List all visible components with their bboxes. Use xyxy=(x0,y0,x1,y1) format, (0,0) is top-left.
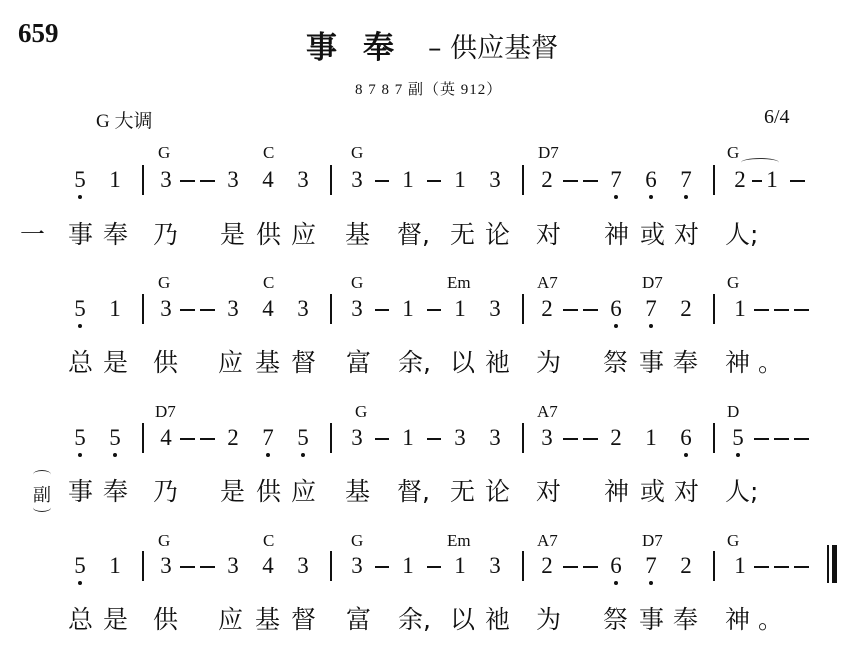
note: 4 xyxy=(262,554,274,577)
hold-dash xyxy=(583,438,598,440)
lyric: 为 xyxy=(536,350,561,375)
note: 5 xyxy=(74,168,86,191)
bar-line xyxy=(330,165,332,195)
chord: G xyxy=(727,274,739,291)
chord: D xyxy=(727,403,739,420)
hold-dash xyxy=(752,180,762,182)
note: 5 xyxy=(74,554,86,577)
note: 6 xyxy=(680,426,692,449)
note: 1 xyxy=(109,554,121,577)
note: 5 xyxy=(74,297,86,320)
chord: D7 xyxy=(642,532,663,549)
lyric: 奉 xyxy=(103,222,128,247)
lyric: 无 xyxy=(450,222,475,247)
refrain-bracket-top xyxy=(33,470,51,479)
lyric: 总 xyxy=(68,607,93,632)
note: 6 xyxy=(645,168,657,191)
low-octave-dot xyxy=(301,453,305,457)
note: 1 xyxy=(645,426,657,449)
chord: G xyxy=(351,144,363,161)
bar-line xyxy=(713,294,715,324)
bar-line xyxy=(330,423,332,453)
lyric: 富 xyxy=(346,350,371,375)
note: 1 xyxy=(402,554,414,577)
hold-dash xyxy=(180,180,195,182)
lyric: 事 xyxy=(68,479,93,504)
lyric: 应 xyxy=(218,607,243,632)
note: 3 xyxy=(160,297,172,320)
bar-line xyxy=(713,165,715,195)
hold-dash xyxy=(200,438,215,440)
hold-dash xyxy=(427,566,441,568)
hymn-number: 659 xyxy=(18,18,59,49)
chord: A7 xyxy=(537,532,558,549)
low-octave-dot xyxy=(614,324,618,328)
chord: Em xyxy=(447,532,471,549)
bar-line xyxy=(522,423,524,453)
lyric: 无 xyxy=(450,479,475,504)
hold-dash xyxy=(774,438,789,440)
chord: G xyxy=(355,403,367,420)
lyric: 供 xyxy=(256,222,281,247)
lyric: 人; xyxy=(725,479,758,504)
lyric: 是 xyxy=(220,479,245,504)
lyric: 祭 xyxy=(603,350,628,375)
note: 1 xyxy=(734,554,746,577)
chord: D7 xyxy=(155,403,176,420)
hold-dash xyxy=(794,309,809,311)
hold-dash xyxy=(180,438,195,440)
chord: G xyxy=(158,274,170,291)
bar-line xyxy=(713,551,715,581)
bar-line xyxy=(330,294,332,324)
hold-dash xyxy=(774,566,789,568)
lyric: 乃 xyxy=(153,222,178,247)
lyric: 督, xyxy=(397,222,430,247)
note: 3 xyxy=(454,426,466,449)
lyric: 为 xyxy=(536,607,561,632)
meter-info: 8 7 8 7 副（英 912） xyxy=(355,78,502,99)
chord: G xyxy=(351,274,363,291)
final-barline-thin xyxy=(827,545,829,583)
lyric: 对 xyxy=(536,479,561,504)
lyric: 事 xyxy=(639,607,664,632)
note: 2 xyxy=(734,168,746,191)
lyric: 应 xyxy=(291,222,316,247)
note: 1 xyxy=(734,297,746,320)
chord: D7 xyxy=(538,144,559,161)
note: 3 xyxy=(160,168,172,191)
note: 7 xyxy=(645,297,657,320)
note: 5 xyxy=(74,426,86,449)
bar-line xyxy=(522,165,524,195)
lyric: 神 xyxy=(604,479,629,504)
lyric: 对 xyxy=(536,222,561,247)
lyric: 余, xyxy=(398,350,431,375)
note: 6 xyxy=(610,297,622,320)
lyric: 奉 xyxy=(103,479,128,504)
chord: G xyxy=(727,144,739,161)
lyric: 奉 xyxy=(673,607,698,632)
lyric: 是 xyxy=(220,222,245,247)
note: 2 xyxy=(680,554,692,577)
note: 2 xyxy=(610,426,622,449)
hold-dash xyxy=(200,180,215,182)
lyric: 祭 xyxy=(603,607,628,632)
low-octave-dot xyxy=(649,324,653,328)
lyric: 以 xyxy=(450,607,475,632)
note: 3 xyxy=(297,297,309,320)
low-octave-dot xyxy=(113,453,117,457)
hold-dash xyxy=(563,309,578,311)
note: 1 xyxy=(454,168,466,191)
bar-line xyxy=(142,551,144,581)
hold-dash xyxy=(375,566,389,568)
lyric: 供 xyxy=(153,350,178,375)
note: 1 xyxy=(402,426,414,449)
lyric: 基 xyxy=(255,607,280,632)
note: 3 xyxy=(489,168,501,191)
lyric: 神 xyxy=(725,350,750,375)
low-octave-dot xyxy=(78,581,82,585)
lyric: 基 xyxy=(345,222,370,247)
note: 6 xyxy=(610,554,622,577)
hold-dash xyxy=(583,180,598,182)
note: 1 xyxy=(402,297,414,320)
note: 3 xyxy=(351,297,363,320)
lyric: 基 xyxy=(345,479,370,504)
lyric: 督, xyxy=(397,479,430,504)
note: 3 xyxy=(227,554,239,577)
low-octave-dot xyxy=(684,453,688,457)
note: 7 xyxy=(610,168,622,191)
note: 5 xyxy=(732,426,744,449)
lyric: 余, xyxy=(398,607,431,632)
hymn-title: 事奉 xyxy=(306,22,394,67)
lyric: 事 xyxy=(68,222,93,247)
note: 3 xyxy=(351,168,363,191)
chord: G xyxy=(727,532,739,549)
hold-dash xyxy=(563,438,578,440)
note: 4 xyxy=(160,426,172,449)
lyric: 人; xyxy=(725,222,758,247)
note: 3 xyxy=(227,168,239,191)
lyric: 是 xyxy=(103,607,128,632)
hold-dash xyxy=(427,309,441,311)
lyric: 对 xyxy=(674,222,699,247)
hold-dash xyxy=(427,180,441,182)
note: 2 xyxy=(541,297,553,320)
lyric: 督 xyxy=(291,607,316,632)
low-octave-dot xyxy=(78,324,82,328)
note: 3 xyxy=(297,554,309,577)
note: 7 xyxy=(645,554,657,577)
time-signature: 6/4 xyxy=(764,106,790,129)
note: 3 xyxy=(227,297,239,320)
low-octave-dot xyxy=(614,581,618,585)
note: 1 xyxy=(109,168,121,191)
hold-dash xyxy=(180,566,195,568)
lyric: 对 xyxy=(674,479,699,504)
note: 3 xyxy=(489,297,501,320)
note: 3 xyxy=(541,426,553,449)
hymn-subtitle: – 供应基督 xyxy=(428,26,558,65)
note: 3 xyxy=(351,554,363,577)
lyric: 供 xyxy=(153,607,178,632)
hold-dash xyxy=(754,438,769,440)
lyric: 是 xyxy=(103,350,128,375)
lyric: 神 xyxy=(604,222,629,247)
note: 3 xyxy=(160,554,172,577)
note: 5 xyxy=(109,426,121,449)
low-octave-dot xyxy=(684,195,688,199)
note: 3 xyxy=(489,426,501,449)
note: 7 xyxy=(680,168,692,191)
bar-line xyxy=(142,294,144,324)
bar-line xyxy=(330,551,332,581)
lyric: 或 xyxy=(640,479,665,504)
note: 4 xyxy=(262,297,274,320)
chord: G xyxy=(158,532,170,549)
note: 1 xyxy=(402,168,414,191)
low-octave-dot xyxy=(649,195,653,199)
lyric: 基 xyxy=(255,350,280,375)
lyric: 论 xyxy=(485,222,510,247)
note: 1 xyxy=(109,297,121,320)
lyric-verse-number: 一 xyxy=(20,222,45,247)
lyric: 。 xyxy=(758,350,783,375)
note: 2 xyxy=(227,426,239,449)
low-octave-dot xyxy=(78,195,82,199)
chord: C xyxy=(263,532,274,549)
lyric: 。 xyxy=(758,607,783,632)
hold-dash xyxy=(794,566,809,568)
note: 3 xyxy=(297,168,309,191)
hold-dash xyxy=(563,566,578,568)
hold-dash xyxy=(427,438,441,440)
hold-dash xyxy=(583,309,598,311)
chord: G xyxy=(158,144,170,161)
note: 3 xyxy=(489,554,501,577)
note: 2 xyxy=(680,297,692,320)
hold-dash xyxy=(790,180,805,182)
lyric: 祂 xyxy=(485,607,510,632)
bar-line xyxy=(142,423,144,453)
note: 4 xyxy=(262,168,274,191)
note: 1 xyxy=(454,554,466,577)
lyric: 以 xyxy=(450,350,475,375)
note: 2 xyxy=(541,168,553,191)
chord: D7 xyxy=(642,274,663,291)
key-signature: G 大调 xyxy=(96,106,152,133)
lyric: 督 xyxy=(291,350,316,375)
hold-dash xyxy=(774,309,789,311)
lyric: 神 xyxy=(725,607,750,632)
bar-line xyxy=(522,294,524,324)
low-octave-dot xyxy=(736,453,740,457)
low-octave-dot xyxy=(266,453,270,457)
title-char-2: 奉 xyxy=(363,30,394,66)
lyric: 祂 xyxy=(485,350,510,375)
refrain-bracket-bottom xyxy=(33,503,51,512)
hold-dash xyxy=(180,309,195,311)
note: 5 xyxy=(297,426,309,449)
hold-dash xyxy=(794,438,809,440)
lyric: 事 xyxy=(639,350,664,375)
hold-dash xyxy=(375,180,389,182)
hold-dash xyxy=(563,180,578,182)
chord: Em xyxy=(447,274,471,291)
note: 1 xyxy=(766,168,778,191)
hold-dash xyxy=(583,566,598,568)
lyric: 总 xyxy=(68,350,93,375)
lyric: 奉 xyxy=(673,350,698,375)
bar-line xyxy=(142,165,144,195)
low-octave-dot xyxy=(649,581,653,585)
low-octave-dot xyxy=(614,195,618,199)
chord: C xyxy=(263,144,274,161)
chord: G xyxy=(351,532,363,549)
lyric: 应 xyxy=(291,479,316,504)
low-octave-dot xyxy=(78,453,82,457)
hold-dash xyxy=(375,309,389,311)
chord: C xyxy=(263,274,274,291)
chord: A7 xyxy=(537,274,558,291)
lyric: 或 xyxy=(640,222,665,247)
title-char-1: 事 xyxy=(306,30,337,66)
note: 1 xyxy=(454,297,466,320)
note: 7 xyxy=(262,426,274,449)
lyric: 乃 xyxy=(153,479,178,504)
note: 2 xyxy=(541,554,553,577)
hold-dash xyxy=(200,309,215,311)
hold-dash xyxy=(754,566,769,568)
lyric: 供 xyxy=(256,479,281,504)
hold-dash xyxy=(375,438,389,440)
lyric: 论 xyxy=(485,479,510,504)
bar-line xyxy=(522,551,524,581)
lyric: 富 xyxy=(346,607,371,632)
chord: A7 xyxy=(537,403,558,420)
lyric: 应 xyxy=(218,350,243,375)
hold-dash xyxy=(754,309,769,311)
note: 3 xyxy=(351,426,363,449)
bar-line xyxy=(713,423,715,453)
tie-slur xyxy=(741,158,779,167)
final-barline-thick xyxy=(832,545,837,583)
hold-dash xyxy=(200,566,215,568)
